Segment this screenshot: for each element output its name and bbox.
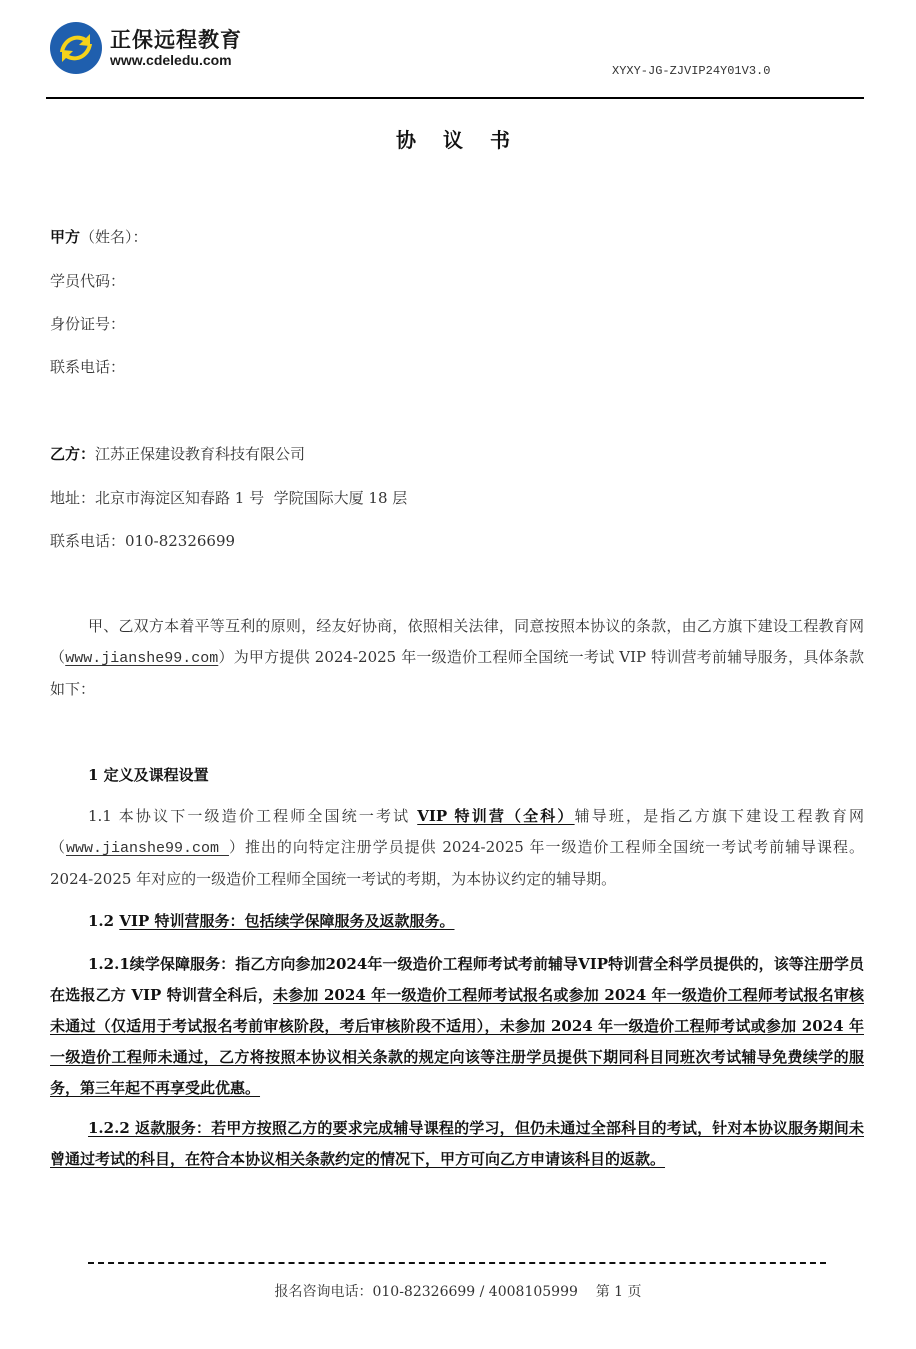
id-number-label: 身份证号： [50,315,125,333]
address-value: 北京市海淀区知春路 1 号 学院国际大厦 18 层 [95,489,407,507]
clause-1-2-2: 1.2.2 返款服务：若甲方按照乙方的要求完成辅导课程的学习，但仍未通过全部科目… [50,1113,864,1175]
party-a-name-hint: （姓名）： [80,228,148,246]
header-divider [46,97,864,99]
address-label: 地址： [50,489,95,507]
party-b-label: 乙方： [50,445,95,463]
clause-1-2-1: 1.2.1续学保障服务：指乙方向参加2024年一级造价工程师考试考前辅导VIP特… [50,949,864,1104]
party-a-name-line: 甲方（姓名）： [50,226,148,247]
student-code-field: 学员代码： [50,270,125,291]
party-b-phone-value: 010-82326699 [125,532,235,550]
clause-1-2: 1.2 VIP 特训营服务：包括续学保障服务及返款服务。 [88,910,455,931]
party-b-company-line: 乙方：江苏正保建设教育科技有限公司 [50,443,305,464]
vip-course-name: VIP 特训营（全科） [417,807,574,825]
party-a-phone-label: 联系电话： [50,358,125,376]
clause-1-2-text: VIP 特训营服务：包括续学保障服务及返款服务。 [119,912,454,930]
jianshe99-link-2[interactable]: www.jianshe99.com [66,840,229,857]
page-number: 第 1 页 [596,1284,642,1300]
party-b-address-line: 地址：北京市海淀区知春路 1 号 学院国际大厦 18 层 [50,487,407,508]
party-b-phone-label: 联系电话： [50,532,125,550]
id-number-field: 身份证号： [50,313,125,334]
footer-contact: 报名咨询电话：010-82326699 / 4008105999 [274,1284,577,1300]
clause-1-2-number: 1.2 [88,912,119,930]
party-a-label: 甲方 [50,228,80,246]
party-a-phone-field: 联系电话： [50,356,125,377]
brand-name: 正保远程教育 [110,24,242,54]
section-1-heading: 1 定义及课程设置 [88,764,209,785]
jianshe99-link[interactable]: www.jianshe99.com [65,650,218,667]
student-code-label: 学员代码： [50,272,125,290]
company-logo [50,22,102,74]
intro-paragraph: 甲、乙双方本着平等互利的原则，经友好协商，依照相关法律，同意按照本协议的条款，由… [50,611,864,705]
footer: 报名咨询电话：010-82326699 / 4008105999 第 1 页 [0,1281,916,1301]
party-b-company: 江苏正保建设教育科技有限公司 [95,445,305,463]
party-b-phone-line: 联系电话：010-82326699 [50,530,235,551]
document-title: 协 议 书 [0,124,916,153]
brand-url: www.cdeledu.com [110,52,232,68]
logo-icon [50,22,102,74]
clause-1-2-2-text: 1.2.2 返款服务：若甲方按照乙方的要求完成辅导课程的学习，但仍未通过全部科目… [50,1119,864,1168]
footer-divider [88,1262,826,1264]
clause-1-1: 1.1 本协议下一级造价工程师全国统一考试 VIP 特训营（全科）辅导班，是指乙… [50,801,864,895]
clause-1-1-text-1: 1.1 本协议下一级造价工程师全国统一考试 [88,807,417,825]
document-code: XYXY-JG-ZJVIP24Y01V3.0 [612,64,770,78]
